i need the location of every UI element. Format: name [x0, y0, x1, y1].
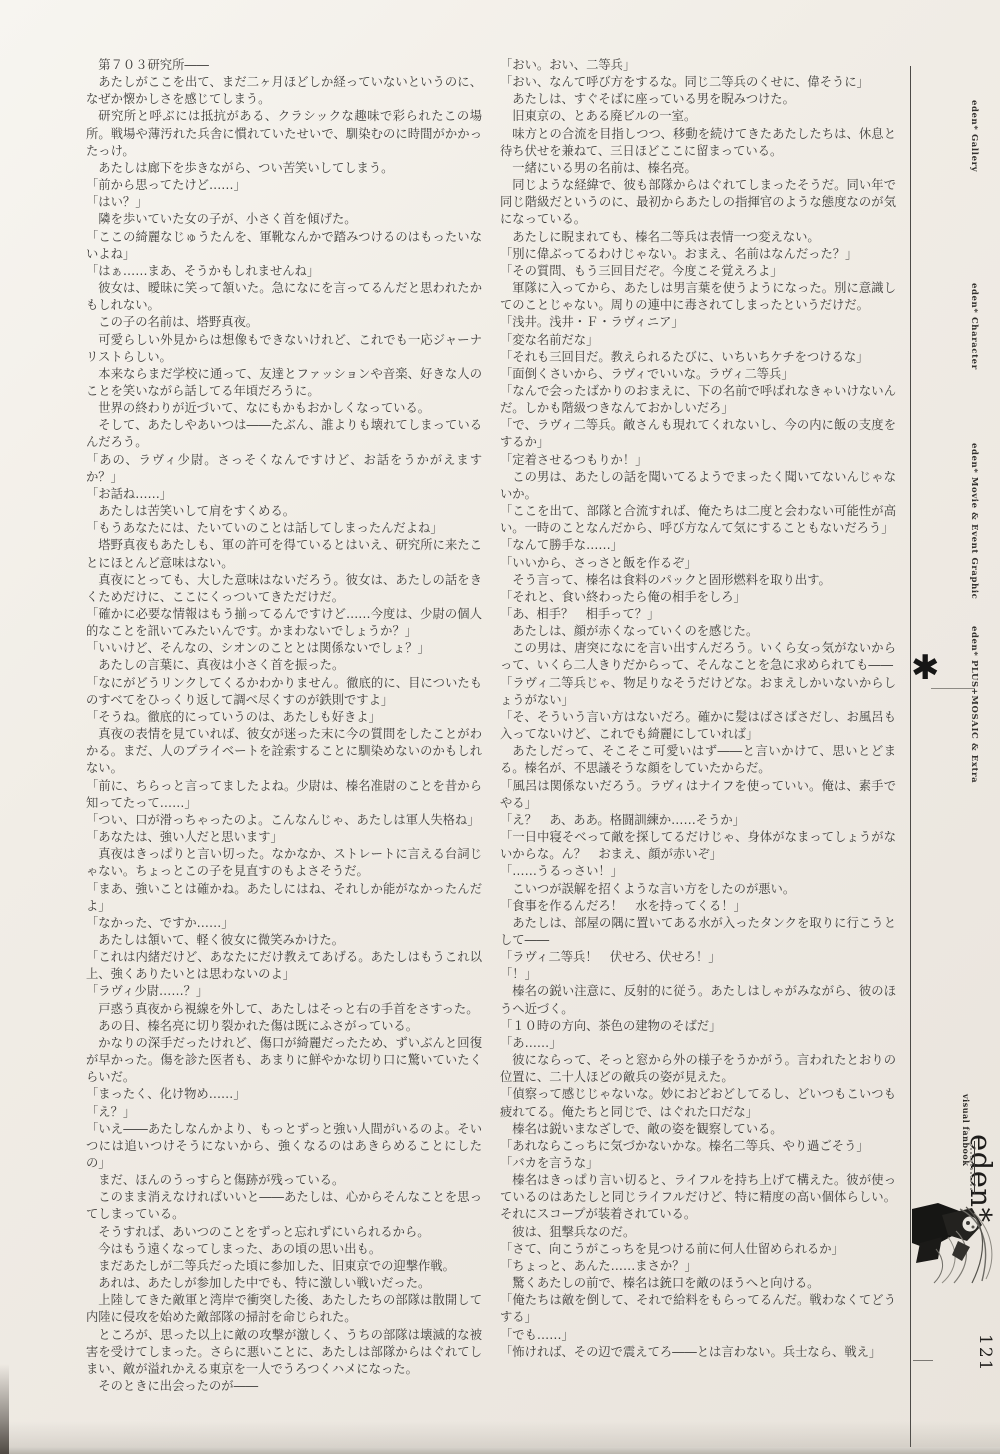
paragraph: 「なんて勝手な……」	[500, 537, 896, 554]
paragraph: 「さて、向こうがこっちを見つける前に何人仕留められるか」	[500, 1241, 896, 1258]
paragraph: あたしだって、そこそこ可愛いはず――と言いかけて、思いとどまる。榛名が、不思議そ…	[500, 743, 896, 777]
paragraph: 「ラヴィ少尉……？」	[86, 983, 482, 1000]
asterisk-rule	[931, 688, 975, 689]
paragraph: 戸惑う真夜から視線を外して、あたしはそっと右の手首をさすった。	[86, 1001, 482, 1018]
paragraph: 味方との合流を目指しつつ、移動を続けてきたあたしたちは、休息と待ち伏せを兼ねて、…	[500, 126, 896, 160]
paragraph: 「はい？」	[86, 194, 482, 211]
paragraph: あたしは苦笑いして肩をすくめる。	[86, 503, 482, 520]
paragraph: 「あ……」	[500, 1035, 896, 1052]
paragraph: 「つい、口が滑っちゃったのよ。こんなんじゃ、あたしは軍人失格ね」	[86, 812, 482, 829]
page-bottom-edge	[0, 1447, 1000, 1454]
paragraph: 真夜の表情を見ていれば、彼女が迷った末に今の質問をしたことがわかる。まだ、人のプ…	[86, 726, 482, 777]
logo-tagline-microtext	[970, 1144, 972, 1190]
paragraph: 可愛らしい外見からは想像もできないけれど、これでも一応ジャーナリストらしい。	[86, 332, 482, 366]
paragraph: 「まあ、強いことは確かね。あたしにはね、それしか能がなかったんだよ」	[86, 881, 482, 915]
paragraph: 「あれならこっちに気づかないかな。榛名二等兵、やり過ごそう」	[500, 1138, 896, 1155]
paragraph: 「面倒くさいから、ラヴィでいいな。ラヴィ二等兵」	[500, 366, 896, 383]
paragraph: 上陸してきた敵軍と湾岸で衝突した後、あたしたちの部隊は散開して内陸に侵攻を始めた…	[86, 1292, 482, 1326]
paragraph: 「一日中寝そべって敵を探してるだけじゃ、身体がなまってしょうがないからな。ん？ …	[500, 829, 896, 863]
paragraph: かなりの深手だったけれど、傷口が綺麗だったため、ずいぶんと回復が早かった。傷を診…	[86, 1035, 482, 1086]
paragraph: 一緒にいる男の名前は、榛名亮。	[500, 160, 896, 177]
paragraph: 「それも三回目だ。教えられるたびに、いちいちケチをつけるな」	[500, 349, 896, 366]
paragraph: 「なかった、ですか……」	[86, 915, 482, 932]
paragraph: 「でも……」	[500, 1327, 896, 1344]
paragraph: 軍隊に入ってから、あたしは男言葉を使うようになった。別に意識してのことじゃない。…	[500, 280, 896, 314]
paragraph: あれは、あたしが参加した中でも、特に激しい戦いだった。	[86, 1275, 482, 1292]
paragraph: 「はぁ……まあ、そうかもしれませんね」	[86, 263, 482, 280]
paragraph: 驚くあたしの前で、榛名は銃口を敵のほうへと向ける。	[500, 1275, 896, 1292]
paragraph: 榛名は鋭いまなざしで、敵の姿を観察している。	[500, 1121, 896, 1138]
paragraph: 「確かに必要な情報はもう揃ってるんですけど……今度は、少尉の個人的なことを訊いて…	[86, 606, 482, 640]
paragraph: 「なんで会ったばかりのおまえに、下の名前で呼ばれなきゃいけないんだ。しかも階級つ…	[500, 383, 896, 417]
paragraph: ところが、思った以上に敵の攻撃が激しく、うちの部隊は壊滅的な被害を受けてしまった…	[86, 1327, 482, 1378]
paragraph: あたしは頷いて、軽く彼女に微笑みかけた。	[86, 932, 482, 949]
paragraph: あたしは、顔が赤くなっていくのを感じた。	[500, 623, 896, 640]
paragraph: あの日、榛名亮に切り裂かれた傷は既にふさがっている。	[86, 1018, 482, 1035]
paragraph: 「まったく、化け物め……」	[86, 1086, 482, 1103]
paragraph: こいつが誤解を招くような言い方をしたのが悪い。	[500, 881, 896, 898]
paragraph: 「食事を作るんだろ！ 水を持ってくる！」	[500, 898, 896, 915]
page-number-tick	[913, 1360, 933, 1361]
paragraph: 「俺たちは敵を倒して、それで給料をもらってるんだ。戦わなくてどうする」	[500, 1292, 896, 1326]
page-number: 121	[975, 1334, 995, 1372]
paragraph: 真夜はきっぱりと言い切った。なかなか、ストレートに言える台詞じゃない。ちょっとこ…	[86, 846, 482, 880]
paragraph: 「おい。おい、二等兵」	[500, 57, 896, 74]
paragraph: あたしに睨まれても、榛名二等兵は表情一つ変えない。	[500, 229, 896, 246]
paragraph: 「偵察って感じじゃないな。妙におどおどしてるし、どいつもこいつも疲れてる。俺たち…	[500, 1086, 896, 1120]
paragraph: あたしは、部屋の隅に置いてある水が入ったタンクを取りに行こうとして――	[500, 915, 896, 949]
paragraph: 「ここの綺麗なじゅうたんを、軍靴なんかで踏みつけるのはもったいないよね」	[86, 229, 482, 263]
paragraph: 「風呂は関係ないだろう。ラヴィはナイフを使っていい。俺は、素手でやる」	[500, 778, 896, 812]
paragraph: 旧東京の、とある廃ビルの一室。	[500, 108, 896, 125]
asterisk-icon: ✱	[911, 648, 939, 688]
paragraph: 隣を歩いていた女の子が、小さく首を傾げた。	[86, 211, 482, 228]
paragraph: そのときに出会ったのが――	[86, 1378, 482, 1395]
text-column-left: 第７０３研究所――あたしがここを出て、まだ二ヶ月ほどしか経っていないというのに、…	[86, 57, 482, 1395]
scanned-book-page: 第７０３研究所――あたしがここを出て、まだ二ヶ月ほどしか経っていないというのに、…	[0, 0, 1000, 1454]
paragraph: この子の名前は、塔野真夜。	[86, 314, 482, 331]
paragraph: この男は、あたしの話を聞いてるようでまったく聞いてないんじゃないか。	[500, 469, 896, 503]
character-illustration	[912, 1203, 1000, 1285]
paragraph: このまま消えなければいいと――あたしは、心からそんなことを思ってしまっている。	[86, 1189, 482, 1223]
page-gutter-shadow	[0, 1364, 9, 1454]
paragraph: 塔野真夜もあたしも、軍の許可を得ているとはいえ、研究所に来たことにほとんど意味は…	[86, 537, 482, 571]
paragraph: 今はもう遠くなってしまった、あの頃の思い出も。	[86, 1241, 482, 1258]
paragraph: 「そ、そういう言い方はないだろ。確かに髪はばさばさだし、お風呂も入ってないけど、…	[500, 709, 896, 743]
paragraph: まだあたしが二等兵だった頃に参加した、旧東京での迎撃作戦。	[86, 1258, 482, 1275]
paragraph: 「それと、食い終わったら俺の相手をしろ」	[500, 589, 896, 606]
paragraph: あたしがここを出て、まだ二ヶ月ほどしか経っていないというのに、なぜか懐かしさを感…	[86, 74, 482, 108]
paragraph: 「１０時の方向、茶色の建物のそばだ」	[500, 1018, 896, 1035]
paragraph: 「あの、ラヴィ少尉。さっそくなんですけど、お話をうかがえますか？」	[86, 452, 482, 486]
paragraph: 研究所と呼ぶには抵抗がある、クラシックな趣味で彩られたこの場所。戦場や薄汚れた兵…	[86, 108, 482, 159]
paragraph: 「おい、なんて呼び方をするな。同じ二等兵のくせに、偉そうに」	[500, 74, 896, 91]
paragraph: 「そうね。徹底的にっていうのは、あたしも好きよ」	[86, 709, 482, 726]
paragraph: 「いえ――あたしなんかより、もっとずっと強い人間がいるのよ。そいつには追いつけそ…	[86, 1121, 482, 1172]
paragraph: 「ラヴィ二等兵！ 伏せろ、伏せろ！」	[500, 949, 896, 966]
paragraph: あたしは、すぐそばに座っている男を睨みつけた。	[500, 91, 896, 108]
paragraph: そうすれば、あいつのことをずっと忘れずにいられるから。	[86, 1224, 482, 1241]
paragraph: 「浅井。浅井・Ｆ・ラヴィニア」	[500, 314, 896, 331]
paragraph: 「……うるっさい！」	[500, 863, 896, 880]
paragraph: 彼は、狙撃兵なのだ。	[500, 1224, 896, 1241]
paragraph: あたしは廊下を歩きながら、つい苦笑いしてしまう。	[86, 160, 482, 177]
paragraph: 「定着させるつもりか！」	[500, 452, 896, 469]
sidebar-section-movie-event-graphic: eden* Movie & Event Graphic	[969, 443, 979, 599]
paragraph: 「その質問、もう三回目だぞ。今度こそ覚えろよ」	[500, 263, 896, 280]
paragraph: 世界の終わりが近づいて、なにもかもおかしくなっている。	[86, 400, 482, 417]
text-column-right: 「おい。おい、二等兵」「おい、なんて呼び方をするな。同じ二等兵のくせに、偉そうに…	[500, 57, 896, 1361]
paragraph: 榛名の鋭い注意に、反射的に従う。あたしはしゃがみながら、彼のほうへ近づく。	[500, 983, 896, 1017]
paragraph: 「前に、ちらっと言ってましたよね。少尉は、榛名准尉のことを昔から知ってたって………	[86, 778, 482, 812]
paragraph: 「なにがどうリンクしてくるかわかりません。徹底的に、目についたものすべてをひっく…	[86, 675, 482, 709]
paragraph: 彼女は、曖昧に笑って頷いた。急になにを言ってるんだと思われたかもしれない。	[86, 280, 482, 314]
logo-underline	[974, 1141, 975, 1194]
paragraph: 同じような経緯で、彼も部隊からはぐれてしまったそうだ。同い年で同じ階級だというの…	[500, 177, 896, 228]
paragraph: 「え？ あ、ああ。格闘訓練か……そうか」	[500, 812, 896, 829]
paragraph: この男は、唐突になにを言い出すんだろう。いくら女っ気がないからって、いくら二人き…	[500, 640, 896, 674]
paragraph: 「！」	[500, 966, 896, 983]
sidebar-section-plus-mosaic-extra: eden* PLUS+MOSAIC & Extra	[969, 626, 979, 783]
paragraph: 「ちょっと、あんた……まさか？」	[500, 1258, 896, 1275]
paragraph: 「いいから、さっさと飯を作るぞ」	[500, 555, 896, 572]
sidebar-divider-rule	[910, 66, 911, 1448]
paragraph: 「変な名前だな」	[500, 332, 896, 349]
paragraph: 「あ、相手？ 相手って？」	[500, 606, 896, 623]
paragraph: 「え？」	[86, 1104, 482, 1121]
sidebar-section-gallery: eden* Gallery	[969, 100, 979, 172]
paragraph: そう言って、榛名は食料のパックと固形燃料を取り出す。	[500, 572, 896, 589]
paragraph: 第７０３研究所――	[86, 57, 482, 74]
paragraph: 榛名はきっぱり言い切ると、ライフルを持ち上げて構えた。彼が使っているのはあたしと…	[500, 1172, 896, 1223]
paragraph: 「別に偉ぶってるわけじゃない。おまえ、名前はなんだった？」	[500, 246, 896, 263]
paragraph: 「ここを出て、部隊と合流すれば、俺たちは二度と会わない可能性が高い。一時のことな…	[500, 503, 896, 537]
paragraph: 「お話ね……」	[86, 486, 482, 503]
page-bottom-shadow	[0, 1421, 1000, 1447]
paragraph: 「もうあなたには、たいていのことは話してしまったんだよね」	[86, 520, 482, 537]
paragraph: 「怖ければ、その辺で震えてろ――とは言わない。兵士なら、戦え」	[500, 1344, 896, 1361]
paragraph: 「前から思ってたけど……」	[86, 177, 482, 194]
paragraph: 「これは内緒だけど、あなたにだけ教えてあげる。あたしはもうこれ以上、強くありたい…	[86, 949, 482, 983]
paragraph: 「バカを言うな」	[500, 1155, 896, 1172]
paragraph: 本来ならまだ学校に通って、友達とファッションや音楽、好きな人のことを笑いながら話…	[86, 366, 482, 400]
sidebar-section-character: eden* Character	[969, 283, 979, 370]
paragraph: 「あなたは、強い人だと思います」	[86, 829, 482, 846]
paragraph: まだ、ほんのうっすらと傷跡が残っている。	[86, 1172, 482, 1189]
paragraph: 真夜にとっても、大した意味はないだろう。彼女は、あたしの話をきくためだけに、ここ…	[86, 572, 482, 606]
paragraph: そして、あたしやあいつは――たぶん、誰よりも壊れてしまっているんだろう。	[86, 417, 482, 451]
paragraph: 彼にならって、そっと窓から外の様子をうかがう。言われたとおりの位置に、二十人ほど…	[500, 1052, 896, 1086]
paragraph: 「ラヴィ二等兵じゃ、物足りなそうだけどな。おまえしかいないからしょうがない」	[500, 675, 896, 709]
paragraph: あたしの言葉に、真夜は小さく首を振った。	[86, 657, 482, 674]
paragraph: 「いいけど、そんなの、シオンのこととは関係ないでしょ？」	[86, 640, 482, 657]
paragraph: 「で、ラヴィ二等兵。敵さんも現れてくれないし、今の内に飯の支度をするか」	[500, 417, 896, 451]
